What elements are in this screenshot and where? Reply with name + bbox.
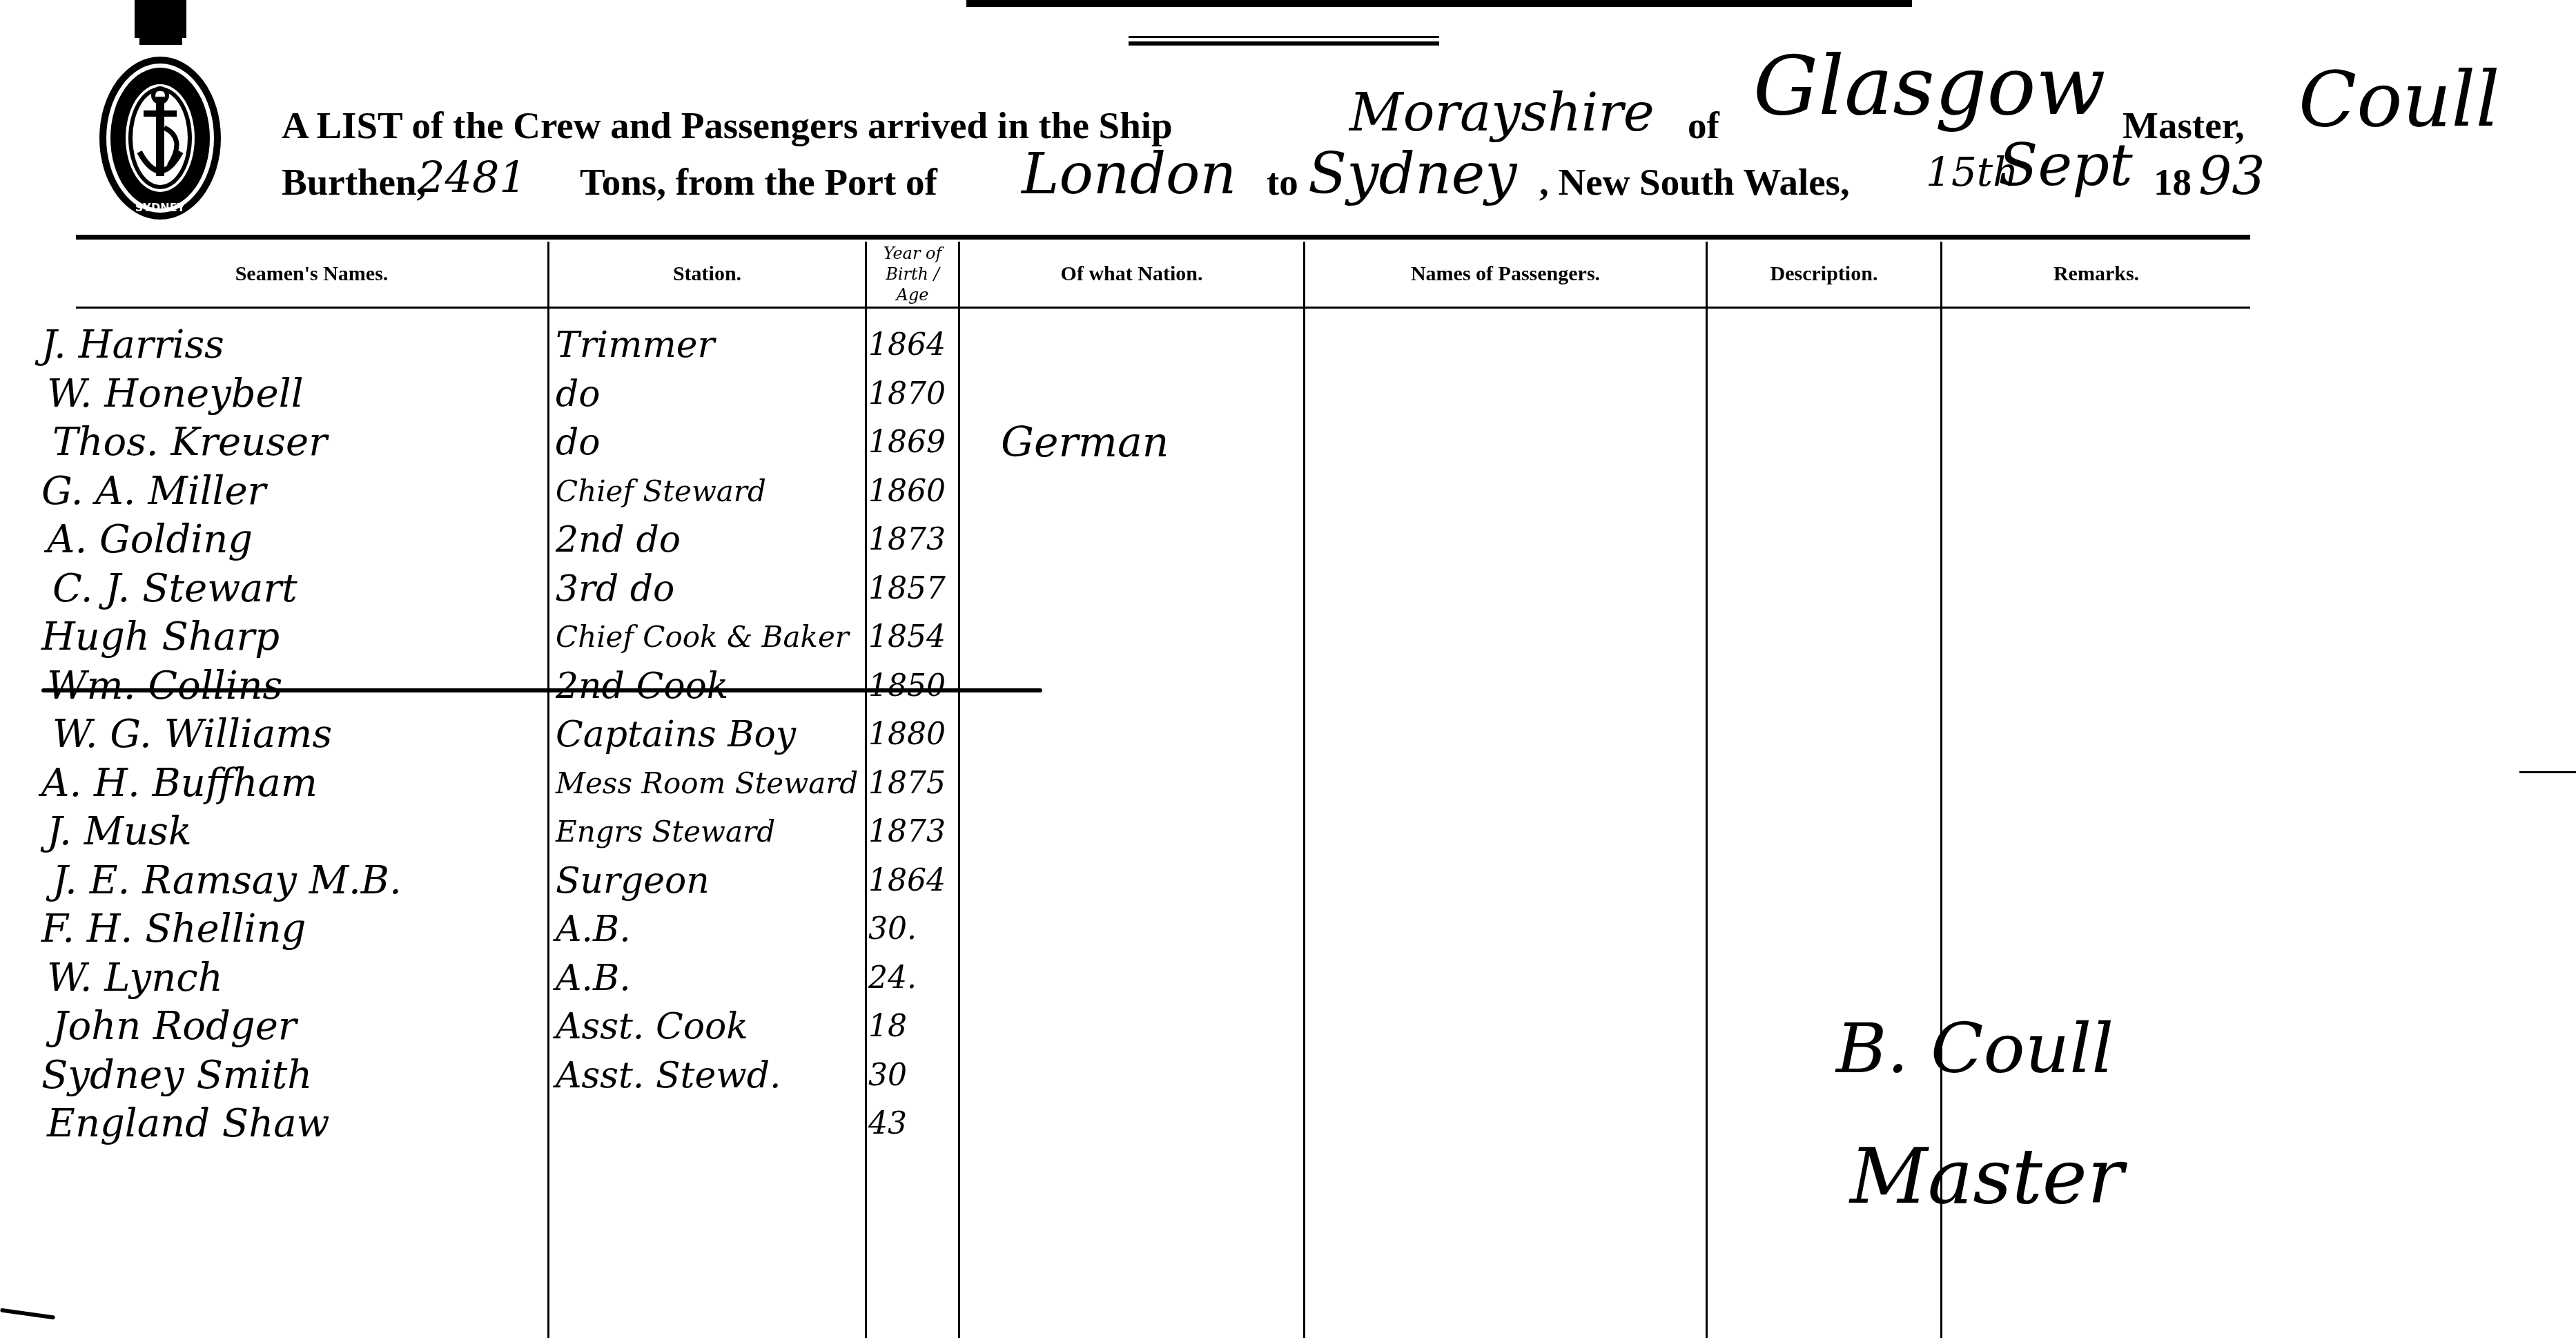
burthen-label: Burthen, [282, 160, 426, 204]
seaman-name: Hugh Sharp [41, 613, 280, 661]
birth-year: 24. [868, 954, 917, 1002]
table-row: W. G. WilliamsCaptains Boy1880 [0, 710, 2576, 759]
birth-year: 30. [868, 905, 917, 953]
station: Chief Steward [556, 467, 766, 516]
master-name-field: Coull [2299, 55, 2500, 144]
birth-year: 1870 [868, 370, 946, 418]
birth-year: 1880 [868, 710, 946, 759]
port-of-registry-field: Glasgow [1753, 38, 2106, 133]
margin-mark [0, 1308, 55, 1319]
station: Surgeon [556, 857, 710, 905]
birth-year: 1869 [868, 418, 946, 467]
to-label: to [1267, 160, 1298, 204]
station: Chief Cook & Baker [556, 613, 849, 661]
nsw-label: , New South Wales, [1539, 160, 1850, 204]
table-row: John RodgerAsst. Cook18 [0, 1002, 2576, 1051]
seaman-name: Sydney Smith [41, 1051, 312, 1100]
table-row: W. Honeybelldo1870 [0, 370, 2576, 418]
station: A.B. [556, 905, 631, 953]
port-from-field: London [1022, 142, 1236, 207]
ship-name-field: Morayshire [1349, 81, 1655, 143]
table-row: Sydney SmithAsst. Stewd.30 [0, 1051, 2576, 1100]
seaman-name: Wm. Collins [47, 662, 282, 710]
station: Asst. Stewd. [556, 1051, 781, 1100]
station: do [556, 370, 601, 418]
birth-year: 30 [868, 1051, 907, 1100]
header-station: Station. [549, 262, 865, 286]
header-description: Description. [1708, 262, 1940, 286]
seaman-name: W. Honeybell [47, 370, 304, 418]
header-seamens-names: Seamen's Names. [76, 262, 547, 286]
top-border-rule [966, 0, 1912, 7]
birth-year: 1864 [868, 321, 946, 369]
master-label: Master, [2123, 104, 2245, 147]
header-bottom-rule [76, 307, 2250, 309]
date-year-suffix-field: 93 [2198, 145, 2265, 206]
form-title-line1: A LIST of the Crew and Passengers arrive… [282, 104, 1173, 147]
seaman-name: F. H. Shelling [41, 905, 306, 953]
birth-year: 18 [868, 1002, 907, 1051]
seaman-name: A. H. Buffham [41, 759, 318, 808]
seaman-name: G. A. Miller [41, 467, 266, 516]
station: 2nd Cook [556, 662, 728, 710]
birth-year: 1857 [868, 565, 946, 613]
table-row: J. HarrissTrimmer1864 [0, 321, 2576, 369]
table-row: G. A. MillerChief Steward1860 [0, 467, 2576, 516]
anchor-icon: SYDNEY [97, 0, 224, 221]
station: Asst. Cook [556, 1002, 748, 1051]
shipping-masters-seal: SYDNEY [97, 0, 224, 221]
title-prefix: A LIST of the Crew and Passengers arrive… [282, 104, 1173, 146]
station: do [556, 418, 601, 467]
table-row: Hugh SharpChief Cook & Baker1854 [0, 613, 2576, 661]
seaman-name: John Rodger [52, 1002, 297, 1051]
nation: German [1001, 418, 1169, 467]
birth-year: 1860 [868, 467, 946, 516]
table-row: W. LynchA.B.24. [0, 954, 2576, 1002]
tons-from-label: Tons, from the Port of [580, 160, 937, 204]
birth-year: 1864 [868, 857, 946, 905]
right-margin-dash [2519, 771, 2576, 773]
header-year-of-birth: Year of Birth / Age [868, 243, 957, 305]
birth-year: 1873 [868, 808, 946, 856]
strikethrough-line [41, 688, 1042, 692]
date-year-prefix: 18 [2154, 160, 2192, 204]
header-passenger-names: Names of Passengers. [1305, 262, 1706, 286]
date-month-field: Sept [1998, 131, 2133, 199]
seaman-name: C. J. Stewart [52, 565, 297, 613]
seaman-name: W. G. Williams [52, 710, 332, 759]
birth-year: 43 [868, 1100, 907, 1148]
seaman-name: England Shaw [47, 1100, 330, 1148]
seaman-name: Thos. Kreuser [52, 418, 327, 467]
birth-year: 1875 [868, 759, 946, 808]
birth-year: 1850 [868, 662, 946, 710]
signature-title: Master [1850, 1132, 2124, 1221]
seaman-name: W. Lynch [47, 954, 223, 1002]
seaman-name: J. E. Ramsay M.B. [52, 857, 402, 905]
burthen-tons-field: 2481 [418, 152, 527, 202]
table-row: J. E. Ramsay M.B.Surgeon1864 [0, 857, 2576, 905]
station: Captains Boy [556, 710, 796, 759]
header-nation: Of what Nation. [960, 262, 1303, 286]
station: 3rd do [556, 565, 674, 613]
port-to-field: Sydney [1308, 142, 1517, 207]
table-row: Wm. Collins2nd Cook1850 [0, 662, 2576, 710]
birth-year: 1854 [868, 613, 946, 661]
station: A.B. [556, 954, 631, 1002]
table-row: C. J. Stewart3rd do1857 [0, 565, 2576, 613]
station: Mess Room Steward [556, 759, 858, 808]
table-row: J. MuskEngrs Steward1873 [0, 808, 2576, 856]
table-row: A. Golding2nd do1873 [0, 516, 2576, 564]
table-row: A. H. BuffhamMess Room Steward1875 [0, 759, 2576, 808]
top-double-rule-2 [1129, 41, 1439, 46]
seaman-name: J. Musk [47, 808, 192, 856]
station: 2nd do [556, 516, 681, 564]
birth-year: 1873 [868, 516, 946, 564]
station: Trimmer [556, 321, 714, 369]
of-label: of [1688, 104, 1719, 147]
header-top-rule [76, 235, 2250, 240]
seaman-name: A. Golding [47, 516, 253, 564]
table-row: England Shaw43 [0, 1100, 2576, 1148]
signature-name: B. Coull [1836, 1008, 2114, 1089]
seaman-name: J. Harriss [41, 321, 224, 369]
table-row: Thos. Kreuserdo1869German [0, 418, 2576, 467]
station: Engrs Steward [556, 808, 775, 856]
header-remarks: Remarks. [1942, 262, 2250, 286]
table-row: F. H. ShellingA.B.30. [0, 905, 2576, 953]
svg-text:SYDNEY: SYDNEY [135, 201, 186, 214]
top-double-rule-1 [1129, 36, 1439, 38]
